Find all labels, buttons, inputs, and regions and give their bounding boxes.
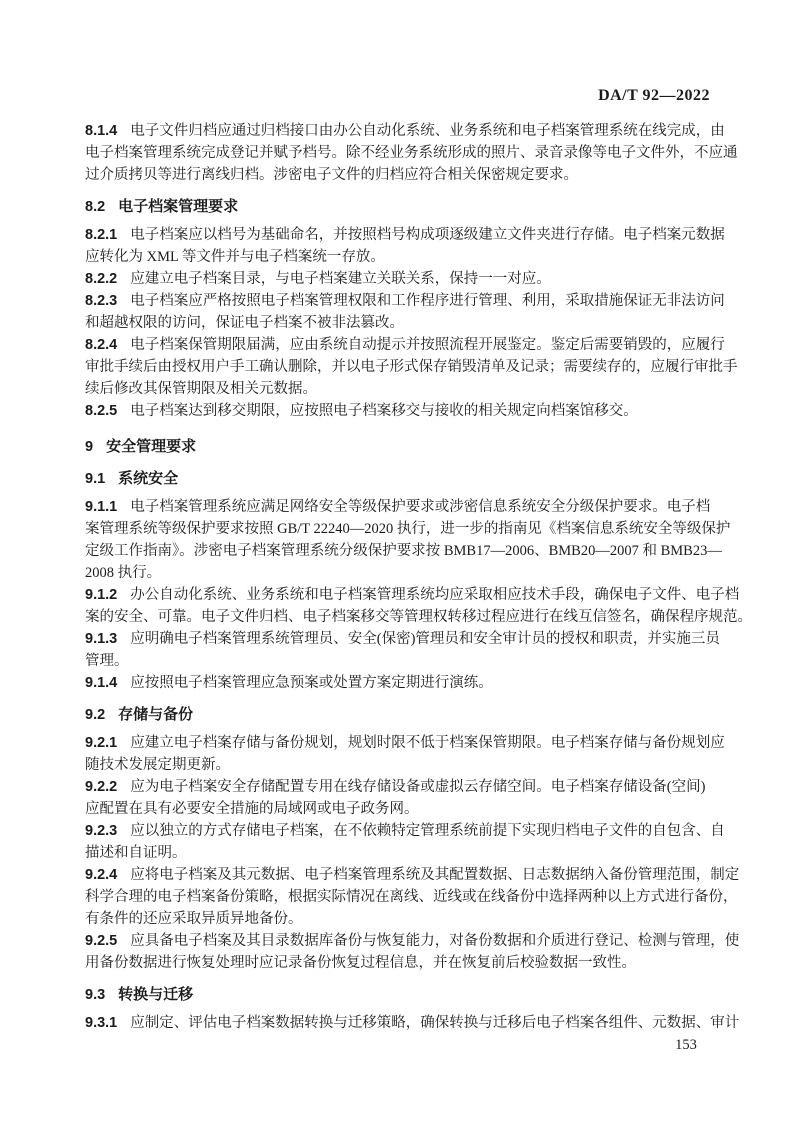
clause-line: 案的安全、可靠。电子文件归档、电子档案移交等管理权转移过程应进行在线互信签名，确… <box>85 606 710 628</box>
clause-line: 9.2.4应将电子档案及其元数据、电子档案管理系统及其配置数据、日志数据纳入备份… <box>85 864 710 886</box>
clause-number: 8.2.1 <box>85 227 117 243</box>
document-content: 8.1.4电子文件归档应通过归档接口由办公自动化系统、业务系统和电子档案管理系统… <box>85 120 710 1034</box>
clause-line: 8.2.5电子档案达到移交期限，应按照电子档案移交与接收的相关规定向档案馆移交。 <box>85 400 710 422</box>
clause-8.2.4: 8.2.4电子档案保管期限届满，应由系统自动提示并按照流程开展鉴定。鉴定后需要销… <box>85 334 710 400</box>
clause-line: 9.1.3应明确电子档案管理系统管理员、安全(保密)管理员和安全审计员的授权和职… <box>85 628 710 650</box>
clause-line: 8.2.3电子档案应严格按照电子档案管理权限和工作程序进行管理、利用，采取措施保… <box>85 290 710 312</box>
clause-line: 过介质拷贝等进行离线归档。涉密电子文件的归档应符合相关保密规定要求。 <box>85 164 710 186</box>
clause-text: 办公自动化系统、业务系统和电子档案管理系统均应采取相应技术手段，确保电子文件、电… <box>130 587 739 603</box>
clause-number: 8.2.4 <box>85 337 117 353</box>
document-page: DA/T 92—2022 8.1.4电子文件归档应通过归档接口由办公自动化系统、… <box>0 0 793 1122</box>
clause-line: 9.1.4应按照电子档案管理应急预案或处置方案定期进行演练。 <box>85 672 710 694</box>
clause-line: 定级工作指南》。涉密电子档案管理系统分级保护要求按 BMB17—2006、BMB… <box>85 540 710 562</box>
heading-number: 9.1 <box>85 471 105 487</box>
clause-line: 应配置在具有必要安全措施的局域网或电子政务网。 <box>85 798 710 820</box>
clause-8.2.1: 8.2.1电子档案应以档号为基础命名，并按照档号构成项逐级建立文件夹进行存储。电… <box>85 224 710 268</box>
heading-title: 安全管理要求 <box>106 438 196 455</box>
clause-number: 9.2.2 <box>85 779 117 795</box>
clause-line: 8.2.2应建立电子档案目录，与电子档案建立关联关系，保持一一对应。 <box>85 268 710 290</box>
clause-line: 9.3.1应制定、评估电子档案数据转换与迁移策略，确保转换与迁移后电子档案各组件… <box>85 1012 710 1034</box>
clause-line: 9.2.2应为电子档案安全存储配置专用在线存储设备或虚拟云存储空间。电子档案存储… <box>85 776 710 798</box>
heading-number: 9.2 <box>85 707 105 723</box>
clause-text: 应具备电子档案及其目录数据库备份与恢复能力，对备份数据和介质进行登记、检测与管理… <box>130 933 739 949</box>
heading-title: 存储与备份 <box>118 706 193 723</box>
clause-text: 应以独立的方式存储电子档案，在不依赖特定管理系统前提下实现归档电子文件的自包含、… <box>130 823 725 839</box>
clause-line: 审批手续后由授权用户手工确认删除，并以电子形式保存销毁清单及记录；需要续存的，应… <box>85 356 710 378</box>
clause-number: 9.2.3 <box>85 823 117 839</box>
clause-number: 8.2.2 <box>85 271 117 287</box>
clause-line: 9.2.1应建立电子档案存储与备份规划，规划时限不低于档案保管期限。电子档案存储… <box>85 732 710 754</box>
clause-line: 8.2.4电子档案保管期限届满，应由系统自动提示并按照流程开展鉴定。鉴定后需要销… <box>85 334 710 356</box>
clause-line: 9.1.2办公自动化系统、业务系统和电子档案管理系统均应采取相应技术手段，确保电… <box>85 584 710 606</box>
clause-text: 应建立电子档案存储与备份规划，规划时限不低于档案保管期限。电子档案存储与备份规划… <box>130 735 725 751</box>
clause-text: 应为电子档案安全存储配置专用在线存储设备或虚拟云存储空间。电子档案存储设备(空间… <box>130 779 705 795</box>
clause-number: 9.2.5 <box>85 933 117 949</box>
clause-number: 9.2.1 <box>85 735 117 751</box>
clause-text: 电子文件归档应通过归档接口由办公自动化系统、业务系统和电子档案管理系统在线完成，… <box>130 123 725 139</box>
section-heading-9.2: 9.2存储与备份 <box>85 704 710 726</box>
clause-text: 应建立电子档案目录，与电子档案建立关联关系，保持一一对应。 <box>130 271 551 287</box>
heading-title: 系统安全 <box>118 470 178 487</box>
clause-line: 随技术发展定期更新。 <box>85 754 710 776</box>
clause-line: 9.1.1电子档案管理系统应满足网络安全等级保护要求或涉密信息系统安全分级保护要… <box>85 496 710 518</box>
clause-line: 案管理系统等级保护要求按照 GB/T 22240—2020 执行，进一步的指南见… <box>85 518 710 540</box>
heading-number: 9.3 <box>85 987 105 1003</box>
clause-number: 9.1.4 <box>85 675 117 691</box>
clause-number: 9.1.3 <box>85 631 117 647</box>
clause-line: 2008 执行。 <box>85 562 710 584</box>
clause-text: 应将电子档案及其元数据、电子档案管理系统及其配置数据、日志数据纳入备份管理范围，… <box>130 867 739 883</box>
clause-text: 电子档案应严格按照电子档案管理权限和工作程序进行管理、利用，采取措施保证无非法访… <box>130 293 725 309</box>
clause-line: 9.2.5应具备电子档案及其目录数据库备份与恢复能力，对备份数据和介质进行登记、… <box>85 930 710 952</box>
clause-line: 电子档案管理系统完成登记并赋予档号。除不经业务系统形成的照片、录音录像等电子文件… <box>85 142 710 164</box>
clause-line: 和超越权限的访问，保证电子档案不被非法篡改。 <box>85 312 710 334</box>
heading-title: 转换与迁移 <box>118 986 193 1003</box>
clause-9.2.2: 9.2.2应为电子档案安全存储配置专用在线存储设备或虚拟云存储空间。电子档案存储… <box>85 776 710 820</box>
section-heading-9.3: 9.3转换与迁移 <box>85 984 710 1006</box>
heading-number: 8.2 <box>85 199 105 215</box>
clause-8.2.5: 8.2.5电子档案达到移交期限，应按照电子档案移交与接收的相关规定向档案馆移交。 <box>85 400 710 422</box>
clause-text: 电子档案保管期限届满，应由系统自动提示并按照流程开展鉴定。鉴定后需要销毁的，应履… <box>130 337 725 353</box>
clause-number: 9.3.1 <box>85 1015 117 1031</box>
section-heading-9: 9安全管理要求 <box>85 436 710 458</box>
clause-8.2.2: 8.2.2应建立电子档案目录，与电子档案建立关联关系，保持一一对应。 <box>85 268 710 290</box>
section-heading-8.2: 8.2电子档案管理要求 <box>85 196 710 218</box>
clause-9.2.5: 9.2.5应具备电子档案及其目录数据库备份与恢复能力，对备份数据和介质进行登记、… <box>85 930 710 974</box>
clause-number: 9.1.2 <box>85 587 117 603</box>
clause-line: 用备份数据进行恢复处理时应记录备份恢复过程信息，并在恢复前后校验数据一致性。 <box>85 952 710 974</box>
clause-9.1.1: 9.1.1电子档案管理系统应满足网络安全等级保护要求或涉密信息系统安全分级保护要… <box>85 496 710 584</box>
clause-line: 描述和自证明。 <box>85 842 710 864</box>
clause-text: 电子档案达到移交期限，应按照电子档案移交与接收的相关规定向档案馆移交。 <box>130 403 638 419</box>
clause-9.1.2: 9.1.2办公自动化系统、业务系统和电子档案管理系统均应采取相应技术手段，确保电… <box>85 584 710 628</box>
heading-title: 电子档案管理要求 <box>118 198 238 215</box>
clause-line: 8.2.1电子档案应以档号为基础命名，并按照档号构成项逐级建立文件夹进行存储。电… <box>85 224 710 246</box>
clause-text: 电子档案管理系统应满足网络安全等级保护要求或涉密信息系统安全分级保护要求。电子档 <box>130 499 710 515</box>
clause-line: 科学合理的电子档案备份策略，根据实际情况在离线、近线或在线备份中选择两种以上方式… <box>85 886 710 908</box>
clause-9.1.3: 9.1.3应明确电子档案管理系统管理员、安全(保密)管理员和安全审计员的授权和职… <box>85 628 710 672</box>
clause-number: 8.1.4 <box>85 123 117 139</box>
clause-8.2.3: 8.2.3电子档案应严格按照电子档案管理权限和工作程序进行管理、利用，采取措施保… <box>85 290 710 334</box>
clause-line: 管理。 <box>85 650 710 672</box>
clause-9.2.3: 9.2.3应以独立的方式存储电子档案，在不依赖特定管理系统前提下实现归档电子文件… <box>85 820 710 864</box>
clause-line: 9.2.3应以独立的方式存储电子档案，在不依赖特定管理系统前提下实现归档电子文件… <box>85 820 710 842</box>
clause-text: 应明确电子档案管理系统管理员、安全(保密)管理员和安全审计员的授权和职责，并实施… <box>130 631 720 647</box>
section-heading-9.1: 9.1系统安全 <box>85 468 710 490</box>
document-header-standard-number: DA/T 92—2022 <box>85 87 710 105</box>
clause-line: 应转化为 XML 等文件并与电子档案统一存放。 <box>85 246 710 268</box>
clause-line: 8.1.4电子文件归档应通过归档接口由办公自动化系统、业务系统和电子档案管理系统… <box>85 120 710 142</box>
clause-number: 8.2.3 <box>85 293 117 309</box>
page-number: 153 <box>660 1036 712 1054</box>
clause-number: 9.1.1 <box>85 499 117 515</box>
clause-9.2.1: 9.2.1应建立电子档案存储与备份规划，规划时限不低于档案保管期限。电子档案存储… <box>85 732 710 776</box>
clause-9.3.1: 9.3.1应制定、评估电子档案数据转换与迁移策略，确保转换与迁移后电子档案各组件… <box>85 1012 710 1034</box>
heading-number: 9 <box>85 439 93 455</box>
clause-line: 续后修改其保管期限及相关元数据。 <box>85 378 710 400</box>
clause-text: 应按照电子档案管理应急预案或处置方案定期进行演练。 <box>130 675 493 691</box>
clause-9.1.4: 9.1.4应按照电子档案管理应急预案或处置方案定期进行演练。 <box>85 672 710 694</box>
clause-text: 应制定、评估电子档案数据转换与迁移策略，确保转换与迁移后电子档案各组件、元数据、… <box>130 1015 739 1031</box>
clause-line: 有条件的还应采取异质异地备份。 <box>85 908 710 930</box>
clause-number: 8.2.5 <box>85 403 117 419</box>
clause-8.1.4: 8.1.4电子文件归档应通过归档接口由办公自动化系统、业务系统和电子档案管理系统… <box>85 120 710 186</box>
clause-number: 9.2.4 <box>85 867 117 883</box>
clause-9.2.4: 9.2.4应将电子档案及其元数据、电子档案管理系统及其配置数据、日志数据纳入备份… <box>85 864 710 930</box>
clause-text: 电子档案应以档号为基础命名，并按照档号构成项逐级建立文件夹进行存储。电子档案元数… <box>130 227 725 243</box>
